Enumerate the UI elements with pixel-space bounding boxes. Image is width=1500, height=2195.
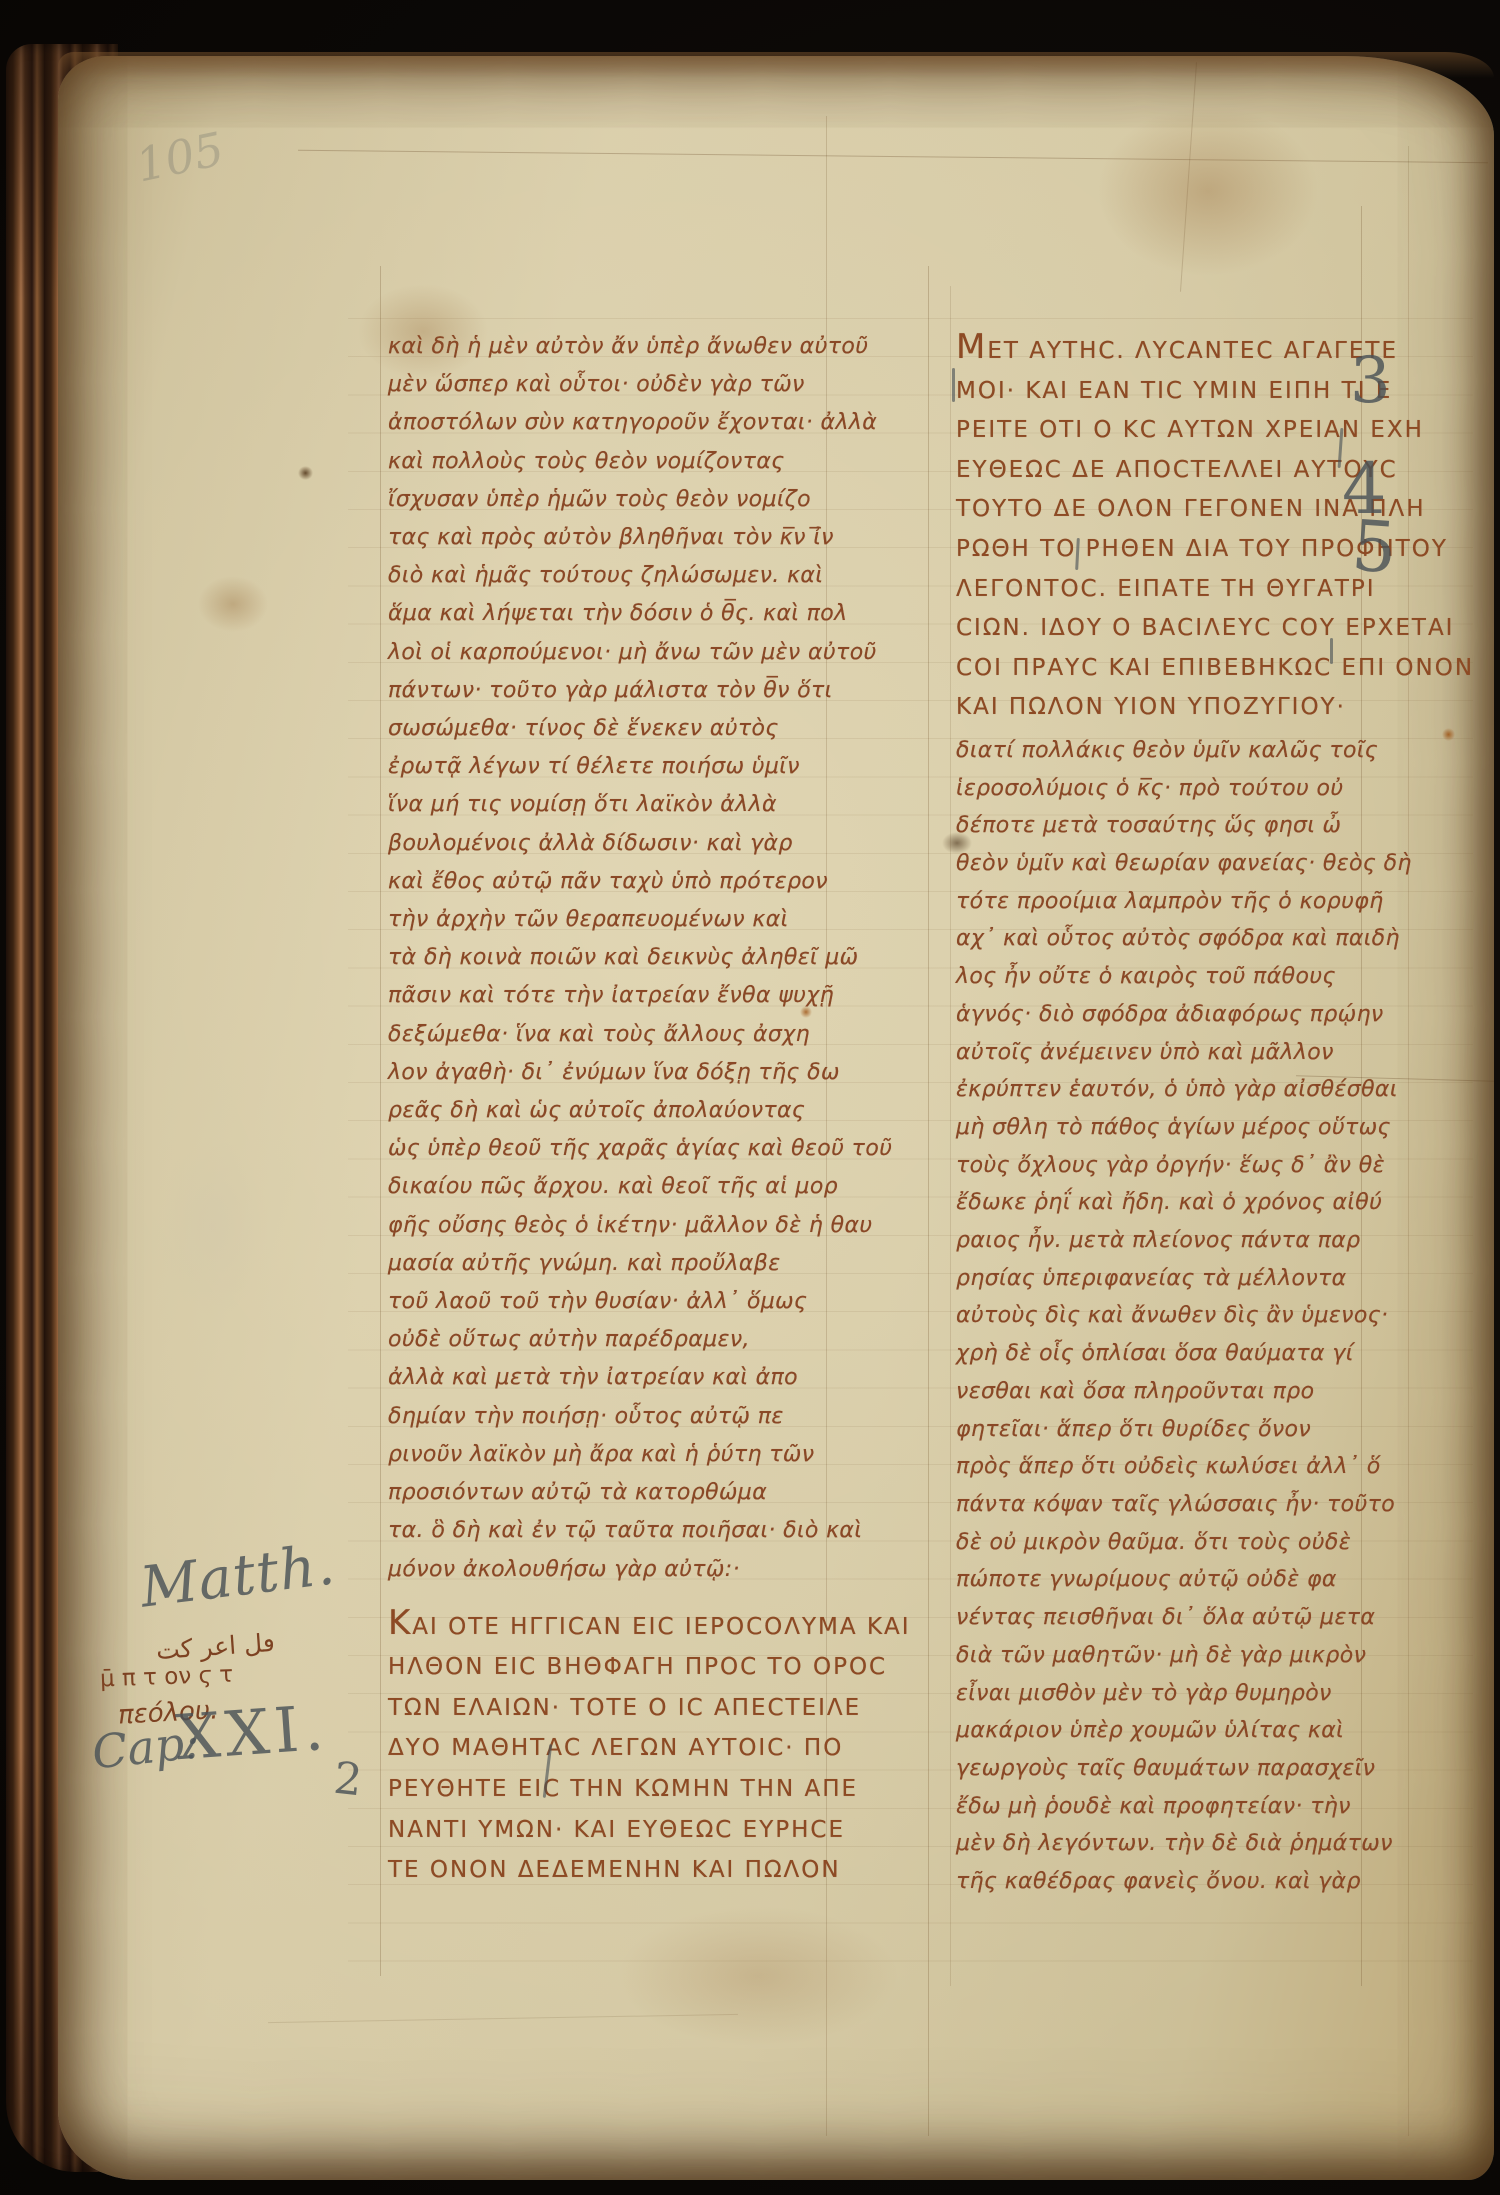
text-line: μὲν δὴ λεγόντων. τὴν δὲ διὰ ῥημάτων: [956, 1825, 1414, 1863]
rust-dot: [1442, 728, 1455, 741]
text-line: σωσώμεθα· τίνος δὲ ἕνεκεν αὐτὸς: [388, 710, 846, 748]
text-line: πάντων· τοῦτο γὰρ μάλιστα τὸν θ̅ν ὅτι: [388, 672, 846, 710]
text-line: γεωργοὺς ταῖς θαυμάτων παρασχεῖν: [956, 1750, 1414, 1788]
text-line: ἐρωτᾷ λέγων τί θέλετε ποιήσω ὑμῖν: [388, 748, 846, 786]
right-commentary-block: διατί πολλάκις θεὸν ὑμῖν καλῶς τοῖςἱεροσ…: [956, 732, 1414, 1901]
text-line: δεξώμεθα· ἵνα καὶ τοὺς ἄλλους ἀσχη: [388, 1016, 846, 1054]
text-line: ρινοῦν λαϊκὸν μὴ ἄρα καὶ ἡ ῥύτη τῶν: [388, 1436, 846, 1474]
text-line: καὶ ἔθος αὐτῷ πᾶν ταχὺ ὑπὸ πρότερον: [388, 863, 846, 901]
text-line: ΜΟΙ· ΚΑΙ ΕΑΝ ΤΙϹ ΥΜΙΝ ΕΙΠΗ ΤΙ Ε: [956, 372, 1414, 412]
text-line: ἀποστόλων σὺν κατηγοροῦν ἔχονται· ἀλλὰ: [388, 404, 846, 442]
text-line: ἁγνός· διὸ σφόδρα ἀδιαφόρως πρῴην: [956, 996, 1414, 1034]
ink-blot: [298, 466, 313, 480]
stain: [1098, 106, 1318, 276]
text-line: ἵνα μή τις νομίσῃ ὅτι λαϊκὸν ἀλλὰ: [388, 786, 846, 824]
photo-background: καὶ δὴ ἡ μὲν αὐτὸν ἄν ὑπὲρ ἄνωθεν αὐτοῦμ…: [0, 0, 1500, 2195]
pencil-tick: [952, 368, 955, 402]
left-text-column: καὶ δὴ ἡ μὲν αὐτὸν ἄν ὑπὲρ ἄνωθεν αὐτοῦμ…: [388, 328, 846, 1891]
text-line: τοῦ λαοῦ τοῦ τὴν θυσίαν· ἀλλ᾽ ὅμως: [388, 1283, 846, 1321]
text-line: καὶ πολλοὺς τοὺς θεὸν νομίζοντας: [388, 443, 846, 481]
text-line: αχ᾽ καὶ οὗτος αὐτὸς σφόδρα καὶ παιδὴ: [956, 920, 1414, 958]
text-line: ΡΕΥΘΗΤΕ ΕΙϹ ΤΗΝ ΚΩΜΗΝ ΤΗΝ ΑΠΕ: [388, 1769, 846, 1810]
left-commentary-block: καὶ δὴ ἡ μὲν αὐτὸν ἄν ὑπὲρ ἄνωθεν αὐτοῦμ…: [388, 328, 846, 1589]
text-line: μακάριον ὑπὲρ χουμῶν ὑλίτας καὶ: [956, 1712, 1414, 1750]
left-gospel-uncial-block: ΚΑΙ ΟΤΕ ΗΓΓΙϹΑΝ ΕΙϹ ΙΕΡΟϹΟΛΥΜΑ ΚΑΙΗΛΘΟΝ …: [388, 1603, 846, 1891]
text-line: ἔδωκε ῥηΐ καὶ ἤδη. καὶ ὁ χρόνος αἰθύ: [956, 1184, 1414, 1222]
text-line: πᾶσιν καὶ τότε τὴν ἰατρείαν ἔνθα ψυχῇ: [388, 977, 846, 1015]
stain: [158, 1136, 268, 1316]
text-line: μασία αὐτῆς γνώμη. καὶ προὔλαβε: [388, 1245, 846, 1283]
text-line: διὸ καὶ ἡμᾶς τούτους ζηλώσωμεν. καὶ: [388, 557, 846, 595]
text-line: τοὺς ὄχλους γὰρ ὀργήν· ἕως δ᾽ ἂν θὲ: [956, 1147, 1414, 1185]
text-line: θεὸν ὑμῖν καὶ θεωρίαν φανείας· θεὸς δὴ: [956, 845, 1414, 883]
text-line: χρὴ δὲ οἷς ὁπλίσαι ὅσα θαύματα γί: [956, 1335, 1414, 1373]
text-line: ἐκρύπτεν ἑαυτόν, ὁ ὑπὸ γὰρ αἰσθέσθαι: [956, 1071, 1414, 1109]
text-line: φητεῖαι· ἅπερ ὅτι θυρίδες ὄνον: [956, 1411, 1414, 1449]
text-line: ΡΩΘΗ ΤΟ ΡΗΘΕΝ ΔΙΑ ΤΟΥ ΠΡΟΦΗΤΟΥ: [956, 530, 1414, 570]
text-line: μὴ σθλη τὸ πάθος ἁγίων μέρος οὕτως: [956, 1109, 1414, 1147]
text-line: δὲ οὐ μικρὸν θαῦμα. ὅτι τοὺς οὐδὲ: [956, 1524, 1414, 1562]
verse-number-pencil: 2: [331, 1753, 364, 1807]
text-line: ἅμα καὶ λήψεται τὴν δόσιν ὁ θ̅ς. καὶ πολ: [388, 595, 846, 633]
text-line: τῆς καθέδρας φανεὶς ὄνου. καὶ γὰρ: [956, 1863, 1414, 1901]
text-line: λος ἦν οὔτε ὁ καιρὸς τοῦ πάθους: [956, 958, 1414, 996]
page-top-edge: [58, 52, 1494, 78]
text-line: μὲν ὥσπερ καὶ οὗτοι· οὐδὲν γὰρ τῶν: [388, 366, 846, 404]
text-line: ΤΩΝ ΕΛΑΙΩΝ· ΤΟΤΕ Ο ΙϹ ΑΠΕϹΤΕΙΛΕ: [388, 1688, 846, 1729]
manuscript-page: καὶ δὴ ἡ μὲν αὐτὸν ἄν ὑπὲρ ἄνωθεν αὐτοῦμ…: [58, 56, 1494, 2180]
text-line: λον ἀγαθὴ· δι᾽ ἐνύμων ἵνα δόξῃ τῆς δω: [388, 1054, 846, 1092]
pencil-tick: [1330, 638, 1333, 664]
text-line: ΚΑΙ ΟΤΕ ΗΓΓΙϹΑΝ ΕΙϹ ΙΕΡΟϹΟΛΥΜΑ ΚΑΙ: [388, 1603, 846, 1648]
gospel-name-note: Matth.: [137, 1532, 339, 1620]
text-line: αὐτοῖς ἀνέμεινεν ὑπὸ καὶ μᾶλλον: [956, 1034, 1414, 1072]
vertical-ruling: [950, 286, 951, 1986]
text-line: οὐδὲ οὕτως αὐτὴν παρέδραμεν,: [388, 1321, 846, 1359]
text-line: τότε προοίμια λαμπρὸν τῆς ὁ κορυφῆ: [956, 883, 1414, 921]
arabic-gloss-line2: μ̄ π τ ον ϛ τ: [100, 1662, 234, 1693]
text-line: διατί πολλάκις θεὸν ὑμῖν καλῶς τοῖς: [956, 732, 1414, 770]
text-line: αὐτοὺς δὶς καὶ ἄνωθεν δὶς ἂν ὑμενος·: [956, 1297, 1414, 1335]
text-line: ἴσχυσαν ὑπὲρ ἡμῶν τοὺς θεὸν νομίζο: [388, 481, 846, 519]
folio-number-faint: 105: [131, 121, 228, 192]
text-line: ϹΟΙ ΠΡΑΥϹ ΚΑΙ ΕΠΙΒΕΒΗΚΩϹ ΕΠΙ ΟΝΟΝ: [956, 649, 1414, 689]
vertical-ruling: [928, 266, 929, 2136]
chapter-note-numeral: XXI.: [174, 1691, 331, 1774]
text-line: ΔΥΟ ΜΑΘΗΤΑϹ ΛΕΓΩΝ ΑΥΤΟΙϹ· ΠΟ: [388, 1728, 846, 1769]
text-line: νεσθαι καὶ ὅσα πληροῦνται προ: [956, 1373, 1414, 1411]
stain: [198, 576, 268, 632]
text-line: δέποτε μετὰ τοσαύτης ὥς φησι ὦ: [956, 807, 1414, 845]
text-line: βουλομένοις ἀλλὰ δίδωσιν· καὶ γὰρ: [388, 825, 846, 863]
text-line: εἶναι μισθὸν μὲν τὸ γὰρ θυμηρὸν: [956, 1675, 1414, 1713]
text-line: ϹΙΩΝ. ΙΔΟΥ Ο ΒΑϹΙΛΕΥϹ ϹΟΥ ΕΡΧΕΤΑΙ: [956, 609, 1414, 649]
right-text-column: ΜΕΤ ΑΥΤΗϹ. ΛΥϹΑΝΤΕϹ ΑΓΑΓΕΤΕΜΟΙ· ΚΑΙ ΕΑΝ …: [956, 328, 1414, 1901]
text-line: ἀλλὰ καὶ μετὰ τὴν ἰατρείαν καὶ ἀπο: [388, 1359, 846, 1397]
text-line: ρεᾶς δὴ καὶ ὡς αὐτοῖς ἀπολαύοντας: [388, 1092, 846, 1130]
text-line: ἔδω μὴ ῥουδὲ καὶ προφητείαν· τὴν: [956, 1788, 1414, 1826]
text-line: νέντας πεισθῆναι δι᾽ ὅλα αὐτῷ μετα: [956, 1599, 1414, 1637]
text-line: λοὶ οἱ καρπούμενοι· μὴ ἄνω τῶν μὲν αὐτοῦ: [388, 634, 846, 672]
text-line: ἱεροσολύμοις ὁ κ̅ς· πρὸ τούτου οὐ: [956, 770, 1414, 808]
text-line: τα. ὃ δὴ καὶ ἐν τῷ ταῦτα ποιῆσαι· διὸ κα…: [388, 1512, 846, 1550]
text-line: ΗΛΘΟΝ ΕΙϹ ΒΗΘΦΑΓΗ ΠΡΟϹ ΤΟ ΟΡΟϹ: [388, 1647, 846, 1688]
text-line: δημίαν τὴν ποιήσῃ· οὗτος αὐτῷ πε: [388, 1398, 846, 1436]
text-line: προσιόντων αὐτῷ τὰ κατορθώμα: [388, 1474, 846, 1512]
text-line: τὴν ἀρχὴν τῶν θεραπευομένων καὶ: [388, 901, 846, 939]
text-line: τας καὶ πρὸς αὐτὸν βληθῆναι τὸν κ̅ν ἰ̅ν: [388, 519, 846, 557]
text-line: διὰ τῶν μαθητῶν· μὴ δὲ γὰρ μικρὸν: [956, 1637, 1414, 1675]
stain: [618, 1906, 898, 2046]
text-line: πάντα κόψαν ταῖς γλώσσαις ἦν· τοῦτο: [956, 1486, 1414, 1524]
text-line: δικαίου πῶς ἄρχου. καὶ θεοῖ τῆς αἱ μορ: [388, 1168, 846, 1206]
text-line: ΜΕΤ ΑΥΤΗϹ. ΛΥϹΑΝΤΕϹ ΑΓΑΓΕΤΕ: [956, 328, 1414, 372]
text-line: ΛΕΓΟΝΤΟϹ. ΕΙΠΑΤΕ ΤΗ ΘΥΓΑΤΡΙ: [956, 570, 1414, 610]
text-line: ΡΕΙΤΕ ΟΤΙ Ο ΚϹ ΑΥΤΩΝ ΧΡΕΙΑΝ ΕΧΗ: [956, 411, 1414, 451]
text-line: μόνον ἀκολουθήσω γὰρ αὐτῷ:·: [388, 1551, 846, 1589]
text-line: ὡς ὑπὲρ θεοῦ τῆς χαρᾶς ἁγίας καὶ θεοῦ το…: [388, 1130, 846, 1168]
arabic-gloss-line1: ٯل اعر کت: [155, 1628, 276, 1665]
text-line: ΚΑΙ ΠΩΛΟΝ ΥΙΟΝ ΥΠΟΖΥΓΙΟΥ·: [956, 688, 1414, 728]
text-line: ΝΑΝΤΙ ΥΜΩΝ· ΚΑΙ ΕΥΘΕΩϹ ΕΥΡΗϹΕ: [388, 1810, 846, 1851]
text-line: ραιος ἦν. μετὰ πλείονος πάντα παρ: [956, 1222, 1414, 1260]
text-line: τὰ δὴ κοινὰ ποιῶν καὶ δεικνὺς ἀληθεῖ μῶ: [388, 939, 846, 977]
text-line: ΤΕ ΟΝΟΝ ΔΕΔΕΜΕΝΗΝ ΚΑΙ ΠΩΛΟΝ: [388, 1850, 846, 1891]
text-line: καὶ δὴ ἡ μὲν αὐτὸν ἄν ὑπὲρ ἄνωθεν αὐτοῦ: [388, 328, 846, 366]
text-line: ρησίας ὑπεριφανείας τὰ μέλλοντα: [956, 1260, 1414, 1298]
text-line: φῆς οὔσης θεὸς ὁ ἱκέτην· μᾶλλον δὲ ἡ θαυ: [388, 1207, 846, 1245]
text-line: πρὸς ἅπερ ὅτι οὐδεὶς κωλύσει ἀλλ᾽ ὅ: [956, 1448, 1414, 1486]
pencil-section-number-3: 3: [1350, 344, 1391, 418]
text-line: πώποτε γνωρίμους αὐτῷ οὐδὲ φα: [956, 1561, 1414, 1599]
pencil-section-number-5: 5: [1349, 505, 1399, 590]
vertical-ruling: [380, 266, 381, 1976]
